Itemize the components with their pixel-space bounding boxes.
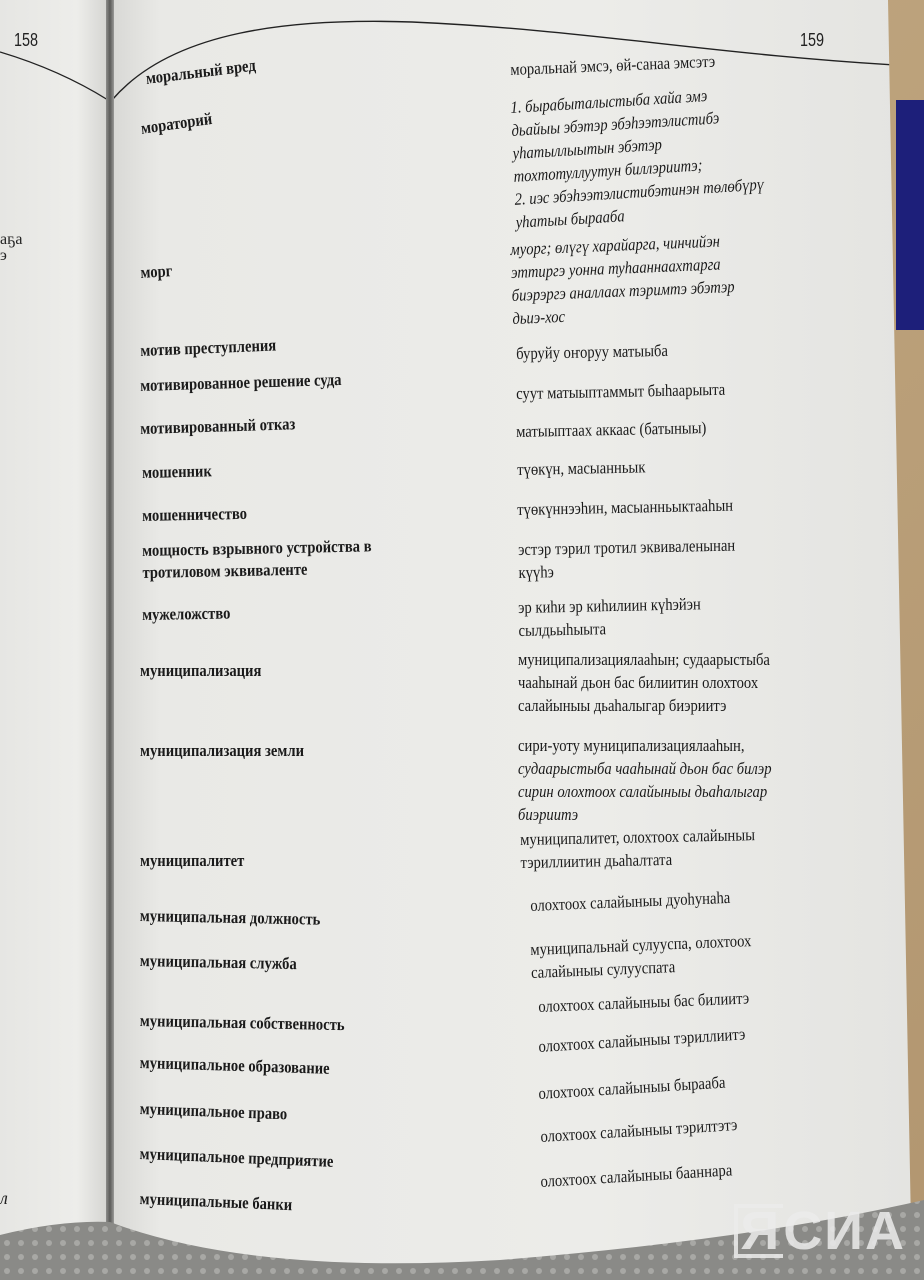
entry-definition: муниципалитет, олохтоох салайыныытэрилли… [520, 823, 755, 874]
entry-term: мораторий [140, 108, 213, 140]
entry-definition: муорг; өлүгү харайарга, чинчийэнэттиргэ … [510, 229, 736, 330]
entry-term: муниципализация земли [140, 740, 304, 762]
entry-term: муниципалитет [140, 850, 244, 872]
entry-term: мотивированное решение суда [140, 369, 342, 397]
entry-term: муниципализация [140, 660, 261, 682]
entry-definition: муниципализациялааһын; судаарыстыбачааһы… [518, 648, 770, 717]
entry-definition: түөкүннээһин, масыанньыктааһын [517, 494, 733, 521]
entry-term: мошенник [142, 460, 212, 484]
entry-definition: олохтоох салайыныы бырааба [538, 1071, 726, 1105]
entry-definition: суут матыыптаммыт быһаарыыта [516, 378, 725, 405]
entry-definition: олохтоох салайыныы тэриллиитэ [538, 1022, 746, 1058]
dictionary-entries: моральный вредморальнай эмсэ, өй-санаа э… [0, 0, 924, 1280]
entry-term: муниципальная должность [140, 905, 321, 931]
entry-definition: моральнай эмсэ, өй-санаа эмсэтэ [510, 50, 715, 81]
entry-definition: 1. бырабыталыстыба хайа эмэдьайыы эбэтэр… [510, 81, 765, 234]
entry-term: мотив преступления [140, 334, 276, 362]
entry-term: моральный вред [145, 55, 257, 90]
entry-term: мужеложство [142, 603, 230, 626]
entry-definition: олохтоох салайыныы бас билиитэ [538, 986, 749, 1018]
entry-term: муниципальная собственность [140, 1010, 345, 1036]
entry-definition: муниципальнай сулууспа, олохтоохсалайыны… [530, 929, 752, 984]
entry-definition: олохтоох салайыныы тэрилтэтэ [540, 1113, 738, 1148]
entry-term: мотивированный отказ [140, 413, 296, 440]
entry-term: муниципальное образование [140, 1052, 330, 1080]
entry-definition: олохтоох салайыныы дуоһунаһа [530, 886, 731, 917]
entry-term: муниципальная служба [140, 950, 297, 975]
entry-definition: олохтоох салайыныы бааннара [540, 1158, 733, 1193]
entry-definition: эр киһи эр киһилиин күһэйэнсылдьыһыыта [518, 592, 701, 642]
entry-definition: матыыптаах аккаас (батыныы) [516, 416, 707, 443]
entry-definition: буруйу оҥоруу матыыба [516, 339, 668, 365]
entry-term: морг [140, 260, 173, 284]
entry-term: муниципальные банки [139, 1188, 292, 1216]
entry-term: мощность взрывного устройства втротилово… [142, 535, 372, 584]
watermark-logo: ЯСИА [734, 1200, 906, 1262]
entry-term: муниципальное предприятие [139, 1143, 333, 1173]
entry-term: муниципальное право [139, 1098, 287, 1125]
entry-definition: сири-уоту муниципализациялааһын,судаарыс… [518, 734, 772, 826]
entry-definition: эстэр тэрил тротил эквиваленынанкүүһэ [518, 534, 736, 584]
entry-term: мошенничество [142, 503, 247, 527]
entry-definition: түөкүн, масыанньык [517, 455, 646, 481]
